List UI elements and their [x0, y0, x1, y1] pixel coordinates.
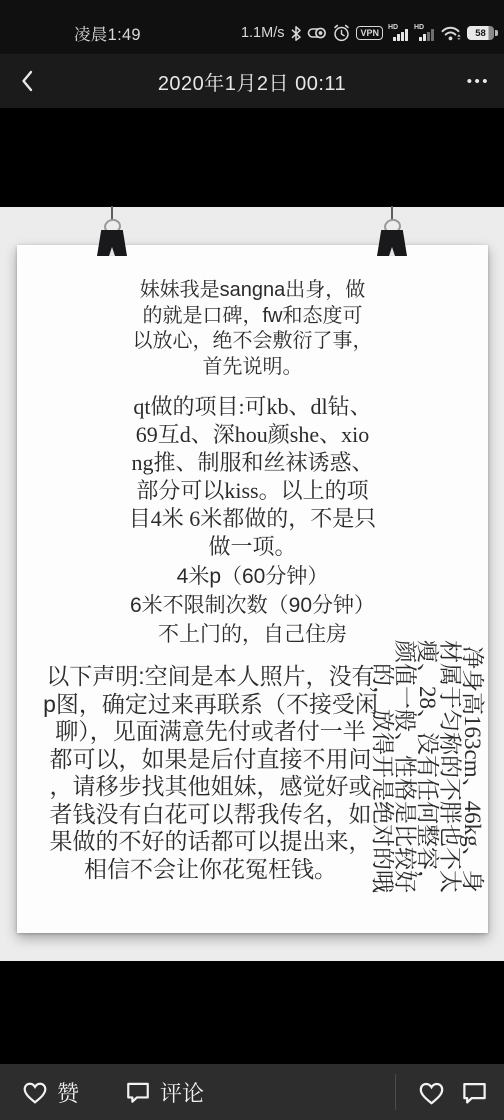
toolbar-right-group	[395, 1074, 504, 1110]
status-bar: 凌晨1:49 1.1M/s VPN HD HD	[0, 0, 504, 54]
signal-sim2-icon: HD	[414, 25, 435, 42]
comment-button[interactable]: 评论	[125, 1077, 204, 1108]
comment-bubble-icon	[125, 1080, 151, 1104]
signal-sim1-icon: HD	[388, 25, 409, 42]
paper-paragraph-intro: 妹妹我是sangna出身，做 的就是口碑，fw和态度可 以放心，绝不会敷衍了事，…	[17, 278, 488, 380]
bottom-toolbar: 赞 评论	[0, 1064, 504, 1120]
paper-paragraph-statement: 以下声明:空间是本人照片，没有 p图，确定过来再联系（不接受闲 聊），见面满意先…	[27, 663, 394, 883]
like-label: 赞	[57, 1077, 79, 1108]
paper-note: 妹妹我是sangna出身，做 的就是口碑，fw和态度可 以放心，绝不会敷衍了事，…	[17, 245, 488, 933]
alarm-clock-icon	[332, 24, 351, 42]
status-icons: 1.1M/s VPN HD HD	[241, 24, 494, 42]
more-options-button[interactable]: •••	[467, 64, 490, 98]
photo-backdrop: 妹妹我是sangna出身，做 的就是口碑，fw和态度可 以放心，绝不会敷衍了事，…	[0, 207, 504, 961]
data-saver-icon	[307, 24, 327, 42]
quick-comment-button[interactable]	[461, 1080, 488, 1105]
battery-icon: 58	[467, 26, 494, 40]
battery-percent: 58	[475, 28, 486, 39]
like-button[interactable]: 赞	[22, 1077, 79, 1108]
toolbar-divider	[395, 1074, 396, 1110]
binder-clip-left	[90, 206, 134, 256]
comment-bubble-icon	[461, 1080, 488, 1105]
vpn-icon: VPN	[356, 26, 383, 40]
paper-paragraph-items: qt做的项目:可kb、dl钻、 69互d、深hou颜she、xio ng推、制服…	[17, 393, 488, 561]
chevron-left-icon	[21, 70, 33, 92]
wifi-icon	[440, 25, 462, 42]
page-title: 2020年1月2日 00:11	[158, 67, 346, 96]
bluetooth-icon	[290, 25, 302, 42]
title-bar: 2020年1月2日 00:11 •••	[0, 54, 504, 108]
status-time: 凌晨1:49	[74, 21, 141, 45]
screen: 凌晨1:49 1.1M/s VPN HD HD	[0, 0, 504, 1120]
heart-icon	[418, 1080, 445, 1105]
paper-vertical-text: 净身高163cm、46kg、身 材属于匀称的不胖也不太 瘦、28、没有任何整容，…	[371, 605, 484, 893]
quick-like-button[interactable]	[418, 1080, 445, 1105]
heart-icon	[22, 1080, 48, 1104]
comment-label: 评论	[160, 1077, 204, 1108]
back-button[interactable]	[12, 66, 42, 96]
binder-clip-right	[370, 206, 414, 256]
photo-viewer[interactable]: 妹妹我是sangna出身，做 的就是口碑，fw和态度可 以放心，绝不会敷衍了事，…	[0, 108, 504, 1064]
network-speed: 1.1M/s	[241, 25, 285, 41]
